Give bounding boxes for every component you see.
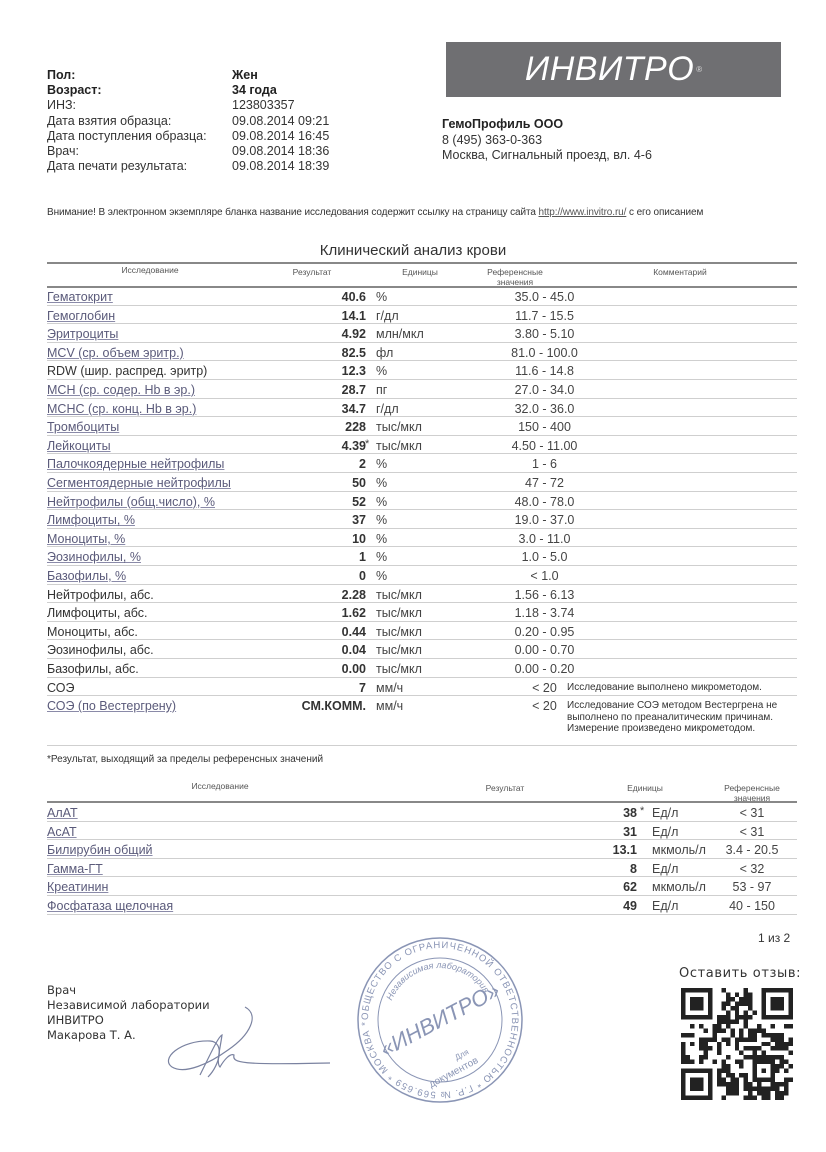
test-result: 50 [352,476,366,490]
test-reference: 1 - 6 [467,457,622,471]
test-result: 40.6 [342,290,366,304]
test-result: 37 [352,513,366,527]
lab-phone: 8 (495) 363-0-363 [442,133,652,149]
table-row: MCV (ср. объем эритр.) 82.5 фл 81.0 - 10… [47,343,797,362]
test-result: СМ.КОММ. [302,699,366,713]
test-name[interactable]: СОЭ (по Вестергрену) [47,699,176,713]
test-unit: Ед/л [652,825,678,839]
test-name: Базофилы, абс. [47,662,139,676]
table-row: Базофилы, % 0 % < 1.0 [47,566,797,585]
patient-field: Дата печати результата:09.08.2014 18:39 [47,159,329,174]
out-of-range-footnote: *Результат, выходящий за пределы референ… [47,754,323,765]
test-result: 7 [359,681,366,695]
test-reference: 19.0 - 37.0 [467,513,622,527]
field-label: Возраст: [47,83,232,98]
table-row: Базофилы, абс. 0.00 тыс/мкл 0.00 - 0.20 [47,659,797,678]
test-name[interactable]: MCH (ср. содер. Hb в эр.) [47,383,195,397]
test-reference: 27.0 - 34.0 [467,383,622,397]
electronic-copy-notice: Внимание! В электронном экземпляре бланк… [47,207,703,218]
test-name[interactable]: Креатинин [47,880,108,894]
table-row: MCHC (ср. конц. Hb в эр.) 34.7 г/дл 32.0… [47,399,797,418]
test-unit: Ед/л [652,806,678,820]
field-label: Пол: [47,68,232,83]
field-value: 09.08.2014 18:36 [232,144,329,159]
patient-field: Возраст:34 года [47,83,329,98]
test-result: 0.04 [342,643,366,657]
field-value: 123803357 [232,98,295,113]
test-unit: тыс/мкл [376,420,422,434]
test-result: 62 [623,880,637,894]
table-row: Нейтрофилы (общ.число), % 52 % 48.0 - 78… [47,492,797,511]
patient-field: Пол:Жен [47,68,329,83]
header-reference: Референсныезначения [470,267,560,287]
header-reference-line1: Референсные [470,267,560,277]
test-name[interactable]: Лимфоциты, % [47,513,135,527]
row-divider [47,745,797,746]
test-result: 2 [359,457,366,471]
field-label: Дата взятия образца: [47,114,232,129]
cbc-section-title: Клинический анализ крови [0,242,826,259]
notice-text: Внимание! В электронном экземпляре бланк… [47,207,538,218]
test-result: 38 [623,806,637,820]
table-row: СОЭ 7 мм/ч < 20 Исследование выполнено м… [47,678,797,697]
test-reference: < 1.0 [467,569,622,583]
table-row: Палочкоядерные нейтрофилы 2 % 1 - 6 [47,454,797,473]
patient-field: Врач:09.08.2014 18:36 [47,144,329,159]
registered-mark: ® [696,65,702,74]
test-unit: % [376,457,387,471]
header-test: Исследование [95,265,205,275]
test-name[interactable]: АсАТ [47,825,77,839]
table-row: Гематокрит 40.6 % 35.0 - 45.0 [47,287,797,306]
table-row: Билирубин общий 13.1 мкмоль/л 3.4 - 20.5 [47,840,797,859]
field-label: Дата печати результата: [47,159,232,174]
table-row: Лимфоциты, % 37 % 19.0 - 37.0 [47,510,797,529]
table-divider [47,262,797,264]
test-name[interactable]: Гематокрит [47,290,113,304]
test-unit: % [376,532,387,546]
doctor-line: Врач [47,983,210,998]
test-reference: 81.0 - 100.0 [467,346,622,360]
table-row: RDW (шир. распред. эритр) 12.3 % 11.6 - … [47,361,797,380]
test-unit: тыс/мкл [376,643,422,657]
test-reference: 3.4 - 20.5 [707,843,797,857]
test-reference: 3.80 - 5.10 [467,327,622,341]
test-reference: 48.0 - 78.0 [467,495,622,509]
bio-header-reference: Референсныезначения [707,783,797,803]
page-number: 1 из 2 [758,931,790,945]
test-unit: % [376,476,387,490]
test-unit: % [376,569,387,583]
test-reference: 11.6 - 14.8 [467,364,622,378]
table-row: Гемоглобин 14.1 г/дл 11.7 - 15.5 [47,306,797,325]
test-result: 14.1 [342,309,366,323]
test-reference: 32.0 - 36.0 [467,402,622,416]
test-name[interactable]: Нейтрофилы (общ.число), % [47,495,215,509]
test-unit: % [376,513,387,527]
test-unit: Ед/л [652,899,678,913]
test-name[interactable]: Эритроциты [47,327,118,341]
invitro-site-link[interactable]: http://www.invitro.ru/ [538,207,626,218]
test-unit: тыс/мкл [376,588,422,602]
test-name[interactable]: Сегментоядерные нейтрофилы [47,476,231,490]
test-unit: % [376,290,387,304]
test-unit: Ед/л [652,862,678,876]
test-unit: тыс/мкл [376,606,422,620]
test-reference: 35.0 - 45.0 [467,290,622,304]
table-row: Моноциты, % 10 % 3.0 - 11.0 [47,529,797,548]
test-reference: 53 - 97 [707,880,797,894]
test-unit: % [376,364,387,378]
test-unit: фл [376,346,393,360]
test-result: 1 [359,550,366,564]
test-name: СОЭ [47,681,74,695]
test-name: Нейтрофилы, абс. [47,588,154,602]
field-label: Врач: [47,144,232,159]
test-unit: мкмоль/л [652,843,706,857]
test-reference: 1.18 - 3.74 [467,606,622,620]
field-value: Жен [232,68,258,83]
test-reference: 1.56 - 6.13 [467,588,622,602]
test-unit: г/дл [376,402,399,416]
test-name[interactable]: MCHC (ср. конц. Hb в эр.) [47,402,196,416]
test-result: 4.92 [342,327,366,341]
test-reference: 0.00 - 0.70 [467,643,622,657]
test-result: 1.62 [342,606,366,620]
test-reference: 40 - 150 [707,899,797,913]
signature-icon [150,1005,330,1085]
out-of-range-flag: * [640,805,644,817]
bio-header-reference-line1: Референсные [707,783,797,793]
table-row: Сегментоядерные нейтрофилы 50 % 47 - 72 [47,473,797,492]
table-row: Гамма-ГТ 8 Ед/л < 32 [47,859,797,878]
lab-address: Москва, Сигнальный проезд, вл. 4-6 [442,148,652,164]
test-name[interactable]: Эозинофилы, % [47,550,141,564]
bio-header-result: Результат [465,783,545,793]
organization-stamp-icon: ОБЩЕСТВО С ОГРАНИЧЕННОЙ ОТВЕТСТВЕННОСТЬЮ… [355,935,525,1105]
test-reference: < 31 [707,806,797,820]
table-row: MCH (ср. содер. Hb в эр.) 28.7 пг 27.0 -… [47,380,797,399]
test-result: 10 [352,532,366,546]
test-unit: тыс/мкл [376,662,422,676]
test-name[interactable]: Палочкоядерные нейтрофилы [47,457,224,471]
test-name[interactable]: Тромбоциты [47,420,119,434]
test-name: RDW (шир. распред. эритр) [47,364,207,378]
patient-field: Дата поступления образца:09.08.2014 16:4… [47,129,329,144]
test-result: 52 [352,495,366,509]
test-result: 8 [630,862,637,876]
test-result: 0 [359,569,366,583]
test-result: 0.44 [342,625,366,639]
test-reference: 4.50 - 11.00 [467,439,622,453]
test-result: 34.7 [342,402,366,416]
invitro-logo: ИНВИТРО® [446,42,781,97]
test-reference: 0.00 - 0.20 [467,662,622,676]
test-name: Эозинофилы, абс. [47,643,154,657]
field-label: ИНЗ: [47,98,232,113]
test-reference: 1.0 - 5.0 [467,550,622,564]
test-result: 82.5 [342,346,366,360]
field-value: 09.08.2014 18:39 [232,159,329,174]
table-row: Эозинофилы, абс. 0.04 тыс/мкл 0.00 - 0.7… [47,640,797,659]
table-row: Моноциты, абс. 0.44 тыс/мкл 0.20 - 0.95 [47,622,797,641]
qr-code-icon[interactable] [681,988,793,1100]
test-reference: < 32 [707,862,797,876]
test-result: 0.00 [342,662,366,676]
header-units: Единицы [385,267,455,277]
table-row: АсАТ 31 Ед/л < 31 [47,822,797,841]
table-row: АлАТ 38 * Ед/л < 31 [47,803,797,822]
notice-text-end: с его описанием [626,207,703,218]
header-result: Результат [277,267,347,277]
lab-name: ГемоПрофиль ООО [442,117,652,133]
test-result: 228 [345,420,366,434]
test-name[interactable]: Билирубин общий [47,843,153,857]
test-unit: мкмоль/л [652,880,706,894]
out-of-range-flag: * [365,438,369,450]
patient-info: Пол:ЖенВозраст:34 годаИНЗ:123803357Дата … [47,68,329,174]
logo-text: ИНВИТРО [525,50,694,89]
test-unit: тыс/мкл [376,439,422,453]
test-result: 13.1 [613,843,637,857]
row-divider [47,914,797,915]
bio-header-test: Исследование [165,781,275,791]
test-unit: % [376,495,387,509]
test-reference: 0.20 - 0.95 [467,625,622,639]
test-reference: < 31 [707,825,797,839]
test-name[interactable]: Лейкоциты [47,439,111,453]
field-label: Дата поступления образца: [47,129,232,144]
test-result: 28.7 [342,383,366,397]
test-comment: Исследование СОЭ методом Вестергрена не … [567,700,787,735]
test-reference: 47 - 72 [467,476,622,490]
test-reference: 3.0 - 11.0 [467,532,622,546]
test-unit: тыс/мкл [376,625,422,639]
test-unit: мм/ч [376,699,403,713]
table-row: Креатинин 62 мкмоль/л 53 - 97 [47,877,797,896]
table-row: Эритроциты 4.92 млн/мкл 3.80 - 5.10 [47,324,797,343]
test-unit: млн/мкл [376,327,424,341]
test-name[interactable]: Базофилы, % [47,569,126,583]
patient-field: Дата взятия образца:09.08.2014 09:21 [47,114,329,129]
table-row: Нейтрофилы, абс. 2.28 тыс/мкл 1.56 - 6.1… [47,585,797,604]
test-reference: 11.7 - 15.5 [467,309,622,323]
bio-header-units: Единицы [610,783,680,793]
lab-info: ГемоПрофиль ООО 8 (495) 363-0-363 Москва… [442,117,652,164]
field-value: 34 года [232,83,277,98]
test-name[interactable]: Гемоглобин [47,309,115,323]
test-unit: пг [376,383,387,397]
test-name[interactable]: Фосфатаза щелочная [47,899,173,913]
test-name[interactable]: АлАТ [47,806,78,820]
patient-field: ИНЗ:123803357 [47,98,329,113]
test-name[interactable]: Гамма-ГТ [47,862,103,876]
test-unit: % [376,550,387,564]
test-reference: 150 - 400 [467,420,622,434]
test-comment: Исследование выполнено микрометодом. [567,682,787,694]
table-row: Фосфатаза щелочная 49 Ед/л 40 - 150 [47,896,797,915]
test-result: 4.39 [342,439,366,453]
table-row: Эозинофилы, % 1 % 1.0 - 5.0 [47,547,797,566]
feedback-label: Оставить отзыв: [679,966,801,981]
field-value: 09.08.2014 09:21 [232,114,329,129]
test-result: 12.3 [342,364,366,378]
test-name: Лимфоциты, абс. [47,606,148,620]
table-row: Лимфоциты, абс. 1.62 тыс/мкл 1.18 - 3.74 [47,603,797,622]
test-unit: мм/ч [376,681,403,695]
test-result: 31 [623,825,637,839]
test-name[interactable]: Моноциты, % [47,532,125,546]
field-value: 09.08.2014 16:45 [232,129,329,144]
table-row: СОЭ (по Вестергрену) СМ.КОММ. мм/ч < 20 … [47,696,797,746]
test-result: 2.28 [342,588,366,602]
table-row: Лейкоциты 4.39 * тыс/мкл 4.50 - 11.00 [47,436,797,455]
test-result: 49 [623,899,637,913]
header-comment: Комментарий [630,267,730,277]
test-name[interactable]: MCV (ср. объем эритр.) [47,346,184,360]
table-row: Тромбоциты 228 тыс/мкл 150 - 400 [47,417,797,436]
test-name: Моноциты, абс. [47,625,138,639]
test-unit: г/дл [376,309,399,323]
